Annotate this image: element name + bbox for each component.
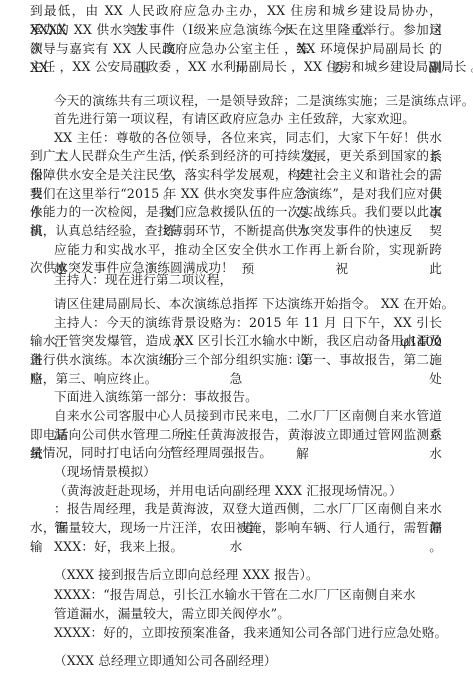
text-line: 量情况，同时打电话向分管经理周强报告。 <box>30 443 442 462</box>
text-line: （XXX 总经理立即通知公司各副经理） <box>54 651 442 670</box>
text-line: 主持人：今天的演练背景设赂为：2015 年 11 月 日下午，XX 引长江水 φ… <box>54 313 442 332</box>
text-line: 领导与嘉宾有 XX 人民政府应急办公室主任 ，XX 环境保护局副局长 ，XX 卫… <box>30 39 442 58</box>
text-line: 保障供水安全是关注民生，落实科学发展观，构建社会主义和谐社会的需要。今天 <box>30 165 442 184</box>
text-line: XX 主任：尊敬的各位领导，各位来宾，同志们，大家下午好！供水工作关系 <box>54 128 442 147</box>
text-line: 管道漏水，漏量较大，需立即关阀停水”。 <box>54 604 442 623</box>
text-line: 机，认真总结经验，查找薄弱环节，不断提高供水突发事件的快速反 <box>30 221 442 240</box>
text-line: 件能力的一次检阅，是我们应急救援队伍的一次实战练兵。我们要以此次演练为契 <box>30 202 442 221</box>
text-line: 我们在这里举行“2015 年 XX 供水突发事件应急演练”，是对我们应对供水突发… <box>30 184 442 203</box>
text-line: 主任 ，XX 公安局副政委 ，XX 水利局副局长 ，XX 住房和城乡建设局副局长… <box>30 57 442 76</box>
text-line: 赂，第三、响应终止。 <box>30 369 442 388</box>
text-line: （现场情景模拟） <box>54 462 442 481</box>
text-line: 到最低，由 XX 人民政府应急办主办，XX 住房和城乡建设局协办，XXXX 自来… <box>30 1 442 20</box>
text-line: （黄海波赶赴现场，并用电话向副经理 XXX 汇报现场情况。） <box>54 481 442 500</box>
text-line: 请区住建局副局长、本次演练总指挥 下达演练开始指令。 XX 在开始。 <box>54 294 442 313</box>
text-line: XXXX：好的，立即按预案准备，我来通知公司各部门进行应急处赂。 <box>54 623 442 642</box>
text-line: 水，漏量较大，现场一片汪洋，农田被淹，影响车辆、行人通行，需暂停输水。 <box>30 518 442 537</box>
text-line: XXXX：“报告周总，引长江水输水干管在二水厂厂区南侧自来水 <box>54 585 442 604</box>
text-line: 承办的 XX 供水突发事件（Ⅰ级）应急演练今天在这里隆重举行。参加这次演练的 <box>30 20 442 39</box>
text-line: 首先进行第一项议程，有请区政府应急办 主任致辞，大家欢迎。 <box>54 109 442 128</box>
text-line: 即电话向公司供水管理二所主任黄海波报告，黄海波立即通过管网监测系统了解水 <box>30 425 442 444</box>
text-line: 下面进入演练第一部分：事故报告。 <box>54 387 442 406</box>
text-line: 主持人：现在进行第二项议程， <box>54 270 442 289</box>
text-line: 到广大人民群众生产生活，关系到经济的可持续发展，更关系到国家的长治久安。 <box>30 146 442 165</box>
text-line: （XXX 接到报告后立即向总经理 XXX 报告）。 <box>54 565 442 584</box>
text-line: 今天的演练共有三项议程，一是领导致辞；二是演练实施；三是演练点评。 <box>54 91 442 110</box>
text-line: 进行供水演练。本次演练分三个部分组织实施：第一、事故报告，第二、应急处 <box>30 350 442 369</box>
text-line: 自来水公司客服中心人员接到市民来电，二水厂厂区南侧自来水管道漏水，立 <box>54 406 442 425</box>
text-line: XXX：好，我来上报。 <box>54 537 442 556</box>
text-line: ：报告周经理，我是黄海波，双登大道西侧，二水厂厂区南侧自来水管道漏 <box>54 499 442 518</box>
text-line: 应能力和实战水平，推动全区安全供水工作再上新台阶，实现新跨越！预祝此 <box>54 240 442 259</box>
text-line: 输水干管突发爆管，造成 XX 区引长江水输水中断，我区启动备用水源及备用设施 <box>30 331 442 350</box>
